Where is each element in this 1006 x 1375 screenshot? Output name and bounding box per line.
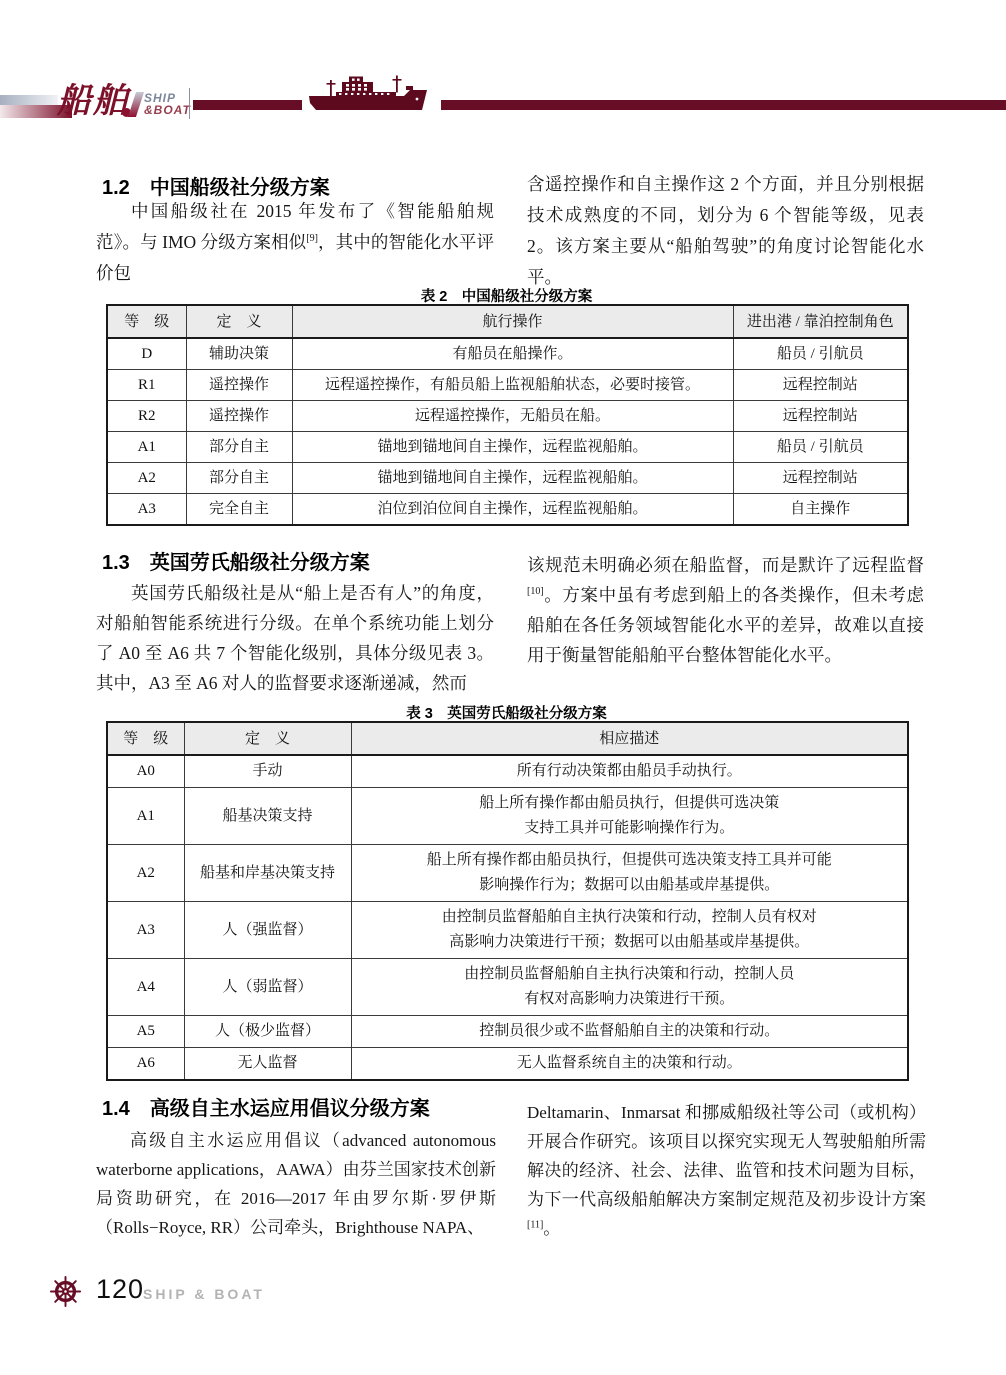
table-cell: 锚地到锚地间自主操作，远程监视船舶。: [292, 463, 733, 494]
reference-marker-9: [9]: [306, 233, 318, 244]
table-cell: 完全自主: [186, 494, 292, 526]
table-cell: 遥控操作: [186, 401, 292, 432]
paragraph-1-2-right: 含遥控操作和自主操作这 2 个方面，并且分别根据技术成熟度的不同，划分为 6 个…: [527, 169, 924, 293]
table-cell: 船员 / 引航员: [733, 338, 908, 370]
paragraph-1-3-left: 英国劳氏船级社是从“船上是否有人”的角度，对船舶智能系统进行分级。在单个系统功能…: [96, 578, 494, 698]
logo-english-line2: &BOAT: [144, 104, 191, 116]
header-rule-right: [441, 100, 1006, 110]
table-row: A2船基和岸基决策支持船上所有操作都由船员执行，但提供可选决策支持工具并可能 影…: [107, 845, 908, 902]
table-3-lloyds-grading: 等 级定 义相应描述 A0手动所有行动决策都由船员手动执行。A1船基决策支持船上…: [106, 721, 909, 1081]
table-cell: A4: [107, 959, 184, 1016]
section-heading-1-4: 1.4 高级自主水运应用倡议分级方案: [102, 1092, 430, 1121]
journal-logo-chinese: 船舶: [57, 84, 129, 118]
table-cell: A6: [107, 1048, 184, 1081]
table-row: D辅助决策有船员在船操作。船员 / 引航员: [107, 338, 908, 370]
table-3-head: 等 级定 义相应描述: [107, 722, 908, 755]
journal-logo-english: SHIP &BOAT: [144, 92, 191, 116]
paragraph-1-2-left: 中国船级社在 2015 年发布了《智能船舶规范》。与 IMO 分级方案相似[9]…: [96, 196, 494, 289]
table-cell: 部分自主: [186, 463, 292, 494]
table-2-ccs-grading: 等 级定 义航行操作进出港 / 靠泊控制角色 D辅助决策有船员在船操作。船员 /…: [106, 304, 909, 526]
table-cell: R1: [107, 370, 186, 401]
table-cell: 无人监督系统自主的决策和行动。: [351, 1048, 908, 1081]
column-header: 等 级: [107, 305, 186, 338]
column-header: 相应描述: [351, 722, 908, 755]
section-heading-1-3: 1.3 英国劳氏船级社分级方案: [102, 546, 370, 575]
reference-marker-11: [11]: [527, 1219, 543, 1230]
table-cell: 远程遥控操作，有船员船上监视船舶状态，必要时接管。: [292, 370, 733, 401]
column-header: 航行操作: [292, 305, 733, 338]
table-header-row: 等 级定 义相应描述: [107, 722, 908, 755]
table-cell: 人（强监督）: [184, 902, 351, 959]
table-cell: 自主操作: [733, 494, 908, 526]
table-cell: 所有行动决策都由船员手动执行。: [351, 755, 908, 788]
table-row: A3完全自主泊位到泊位间自主操作，远程监视船舶。自主操作: [107, 494, 908, 526]
table-3-caption: 表 3 英国劳氏船级社分级方案: [106, 702, 907, 723]
table-cell: A0: [107, 755, 184, 788]
table-cell: A1: [107, 432, 186, 463]
paragraph-text: 。: [543, 1219, 560, 1238]
table-cell: 远程控制站: [733, 463, 908, 494]
reference-marker-10: [10]: [527, 586, 544, 597]
table-cell: A2: [107, 845, 184, 902]
column-header: 等 级: [107, 722, 184, 755]
table-cell: 船基和岸基决策支持: [184, 845, 351, 902]
table-cell: 由控制员监督船舶自主执行决策和行动，控制人员 有权对高影响力决策进行干预。: [351, 959, 908, 1016]
table-cell: 船上所有操作都由船员执行，但提供可选决策 支持工具并可能影响操作行为。: [351, 788, 908, 845]
paragraph-1-3-right: 该规范未明确必须在船监督，而是默许了远程监督[10]。方案中虽有考虑到船上的各类…: [527, 550, 924, 670]
ship-silhouette-icon: [306, 75, 430, 114]
table-header-row: 等 级定 义航行操作进出港 / 靠泊控制角色: [107, 305, 908, 338]
table-row: R2遥控操作远程遥控操作，无船员在船。远程控制站: [107, 401, 908, 432]
table-cell: A3: [107, 494, 186, 526]
table-cell: 锚地到锚地间自主操作，远程监视船舶。: [292, 432, 733, 463]
table-cell: 远程控制站: [733, 401, 908, 432]
table-cell: R2: [107, 401, 186, 432]
table-cell: A1: [107, 788, 184, 845]
table-row: A1船基决策支持船上所有操作都由船员执行，但提供可选决策 支持工具并可能影响操作…: [107, 788, 908, 845]
table-row: A3人（强监督）由控制员监督船舶自主执行决策和行动，控制人员有权对 高影响力决策…: [107, 902, 908, 959]
table-cell: 辅助决策: [186, 338, 292, 370]
table-cell: 有船员在船操作。: [292, 338, 733, 370]
table-cell: 由控制员监督船舶自主执行决策和行动，控制人员有权对 高影响力决策进行干预；数据可…: [351, 902, 908, 959]
table-cell: 部分自主: [186, 432, 292, 463]
table-cell: 人（弱监督）: [184, 959, 351, 1016]
table-cell: 船上所有操作都由船员执行，但提供可选决策支持工具并可能 影响操作行为；数据可以由…: [351, 845, 908, 902]
table-row: A2部分自主锚地到锚地间自主操作，远程监视船舶。远程控制站: [107, 463, 908, 494]
table-cell: A5: [107, 1016, 184, 1048]
page-number: 120: [96, 1274, 144, 1305]
paragraph-1-4-left: 高级自主水运应用倡议（advanced autonomous waterborn…: [96, 1126, 496, 1242]
ship-wheel-icon: [49, 1275, 82, 1308]
header-gradient-bar-top: [0, 95, 58, 105]
logo-divider-line: [189, 88, 190, 119]
table-row: R1遥控操作远程遥控操作，有船员船上监视船舶状态，必要时接管。远程控制站: [107, 370, 908, 401]
table-cell: 船员 / 引航员: [733, 432, 908, 463]
table-cell: 控制员很少或不监督船舶自主的决策和行动。: [351, 1016, 908, 1048]
logo-slash-icon: [128, 92, 144, 117]
table-cell: 遥控操作: [186, 370, 292, 401]
table-cell: 无人监督: [184, 1048, 351, 1081]
table-2-head: 等 级定 义航行操作进出港 / 靠泊控制角色: [107, 305, 908, 338]
paragraph-text: 。方案中虽有考虑到船上的各类操作，但未考虑船舶在各任务领域智能化水平的差异，故难…: [527, 585, 924, 665]
table-cell: 泊位到泊位间自主操作，远程监视船舶。: [292, 494, 733, 526]
table-cell: 人（极少监督）: [184, 1016, 351, 1048]
paragraph-text: Deltamarin、Inmarsat 和挪威船级社等公司（或机构）开展合作研究…: [527, 1103, 926, 1209]
journal-name-footer: SHIP & BOAT: [143, 1286, 265, 1302]
table-row: A4人（弱监督）由控制员监督船舶自主执行决策和行动，控制人员 有权对高影响力决策…: [107, 959, 908, 1016]
column-header: 定 义: [186, 305, 292, 338]
table-row: A1部分自主锚地到锚地间自主操作，远程监视船舶。船员 / 引航员: [107, 432, 908, 463]
table-2-caption: 表 2 中国船级社分级方案: [106, 285, 907, 306]
journal-page: 船舶 SHIP &BOAT: [0, 0, 1006, 1375]
table-3-body: A0手动所有行动决策都由船员手动执行。A1船基决策支持船上所有操作都由船员执行，…: [107, 755, 908, 1080]
table-row: A6无人监督无人监督系统自主的决策和行动。: [107, 1048, 908, 1081]
table-cell: 远程控制站: [733, 370, 908, 401]
table-cell: 手动: [184, 755, 351, 788]
column-header: 定 义: [184, 722, 351, 755]
table-row: A5人（极少监督）控制员很少或不监督船舶自主的决策和行动。: [107, 1016, 908, 1048]
table-cell: D: [107, 338, 186, 370]
column-header: 进出港 / 靠泊控制角色: [733, 305, 908, 338]
table-cell: 船基决策支持: [184, 788, 351, 845]
table-2-body: D辅助决策有船员在船操作。船员 / 引航员R1遥控操作远程遥控操作，有船员船上监…: [107, 338, 908, 525]
table-cell: A2: [107, 463, 186, 494]
header-rule-left: [193, 100, 302, 110]
table-cell: A3: [107, 902, 184, 959]
paragraph-text: 该规范未明确必须在船监督，而是默许了远程监督: [527, 555, 924, 575]
table-row: A0手动所有行动决策都由船员手动执行。: [107, 755, 908, 788]
paragraph-1-4-right: Deltamarin、Inmarsat 和挪威船级社等公司（或机构）开展合作研究…: [527, 1098, 926, 1243]
table-cell: 远程遥控操作，无船员在船。: [292, 401, 733, 432]
